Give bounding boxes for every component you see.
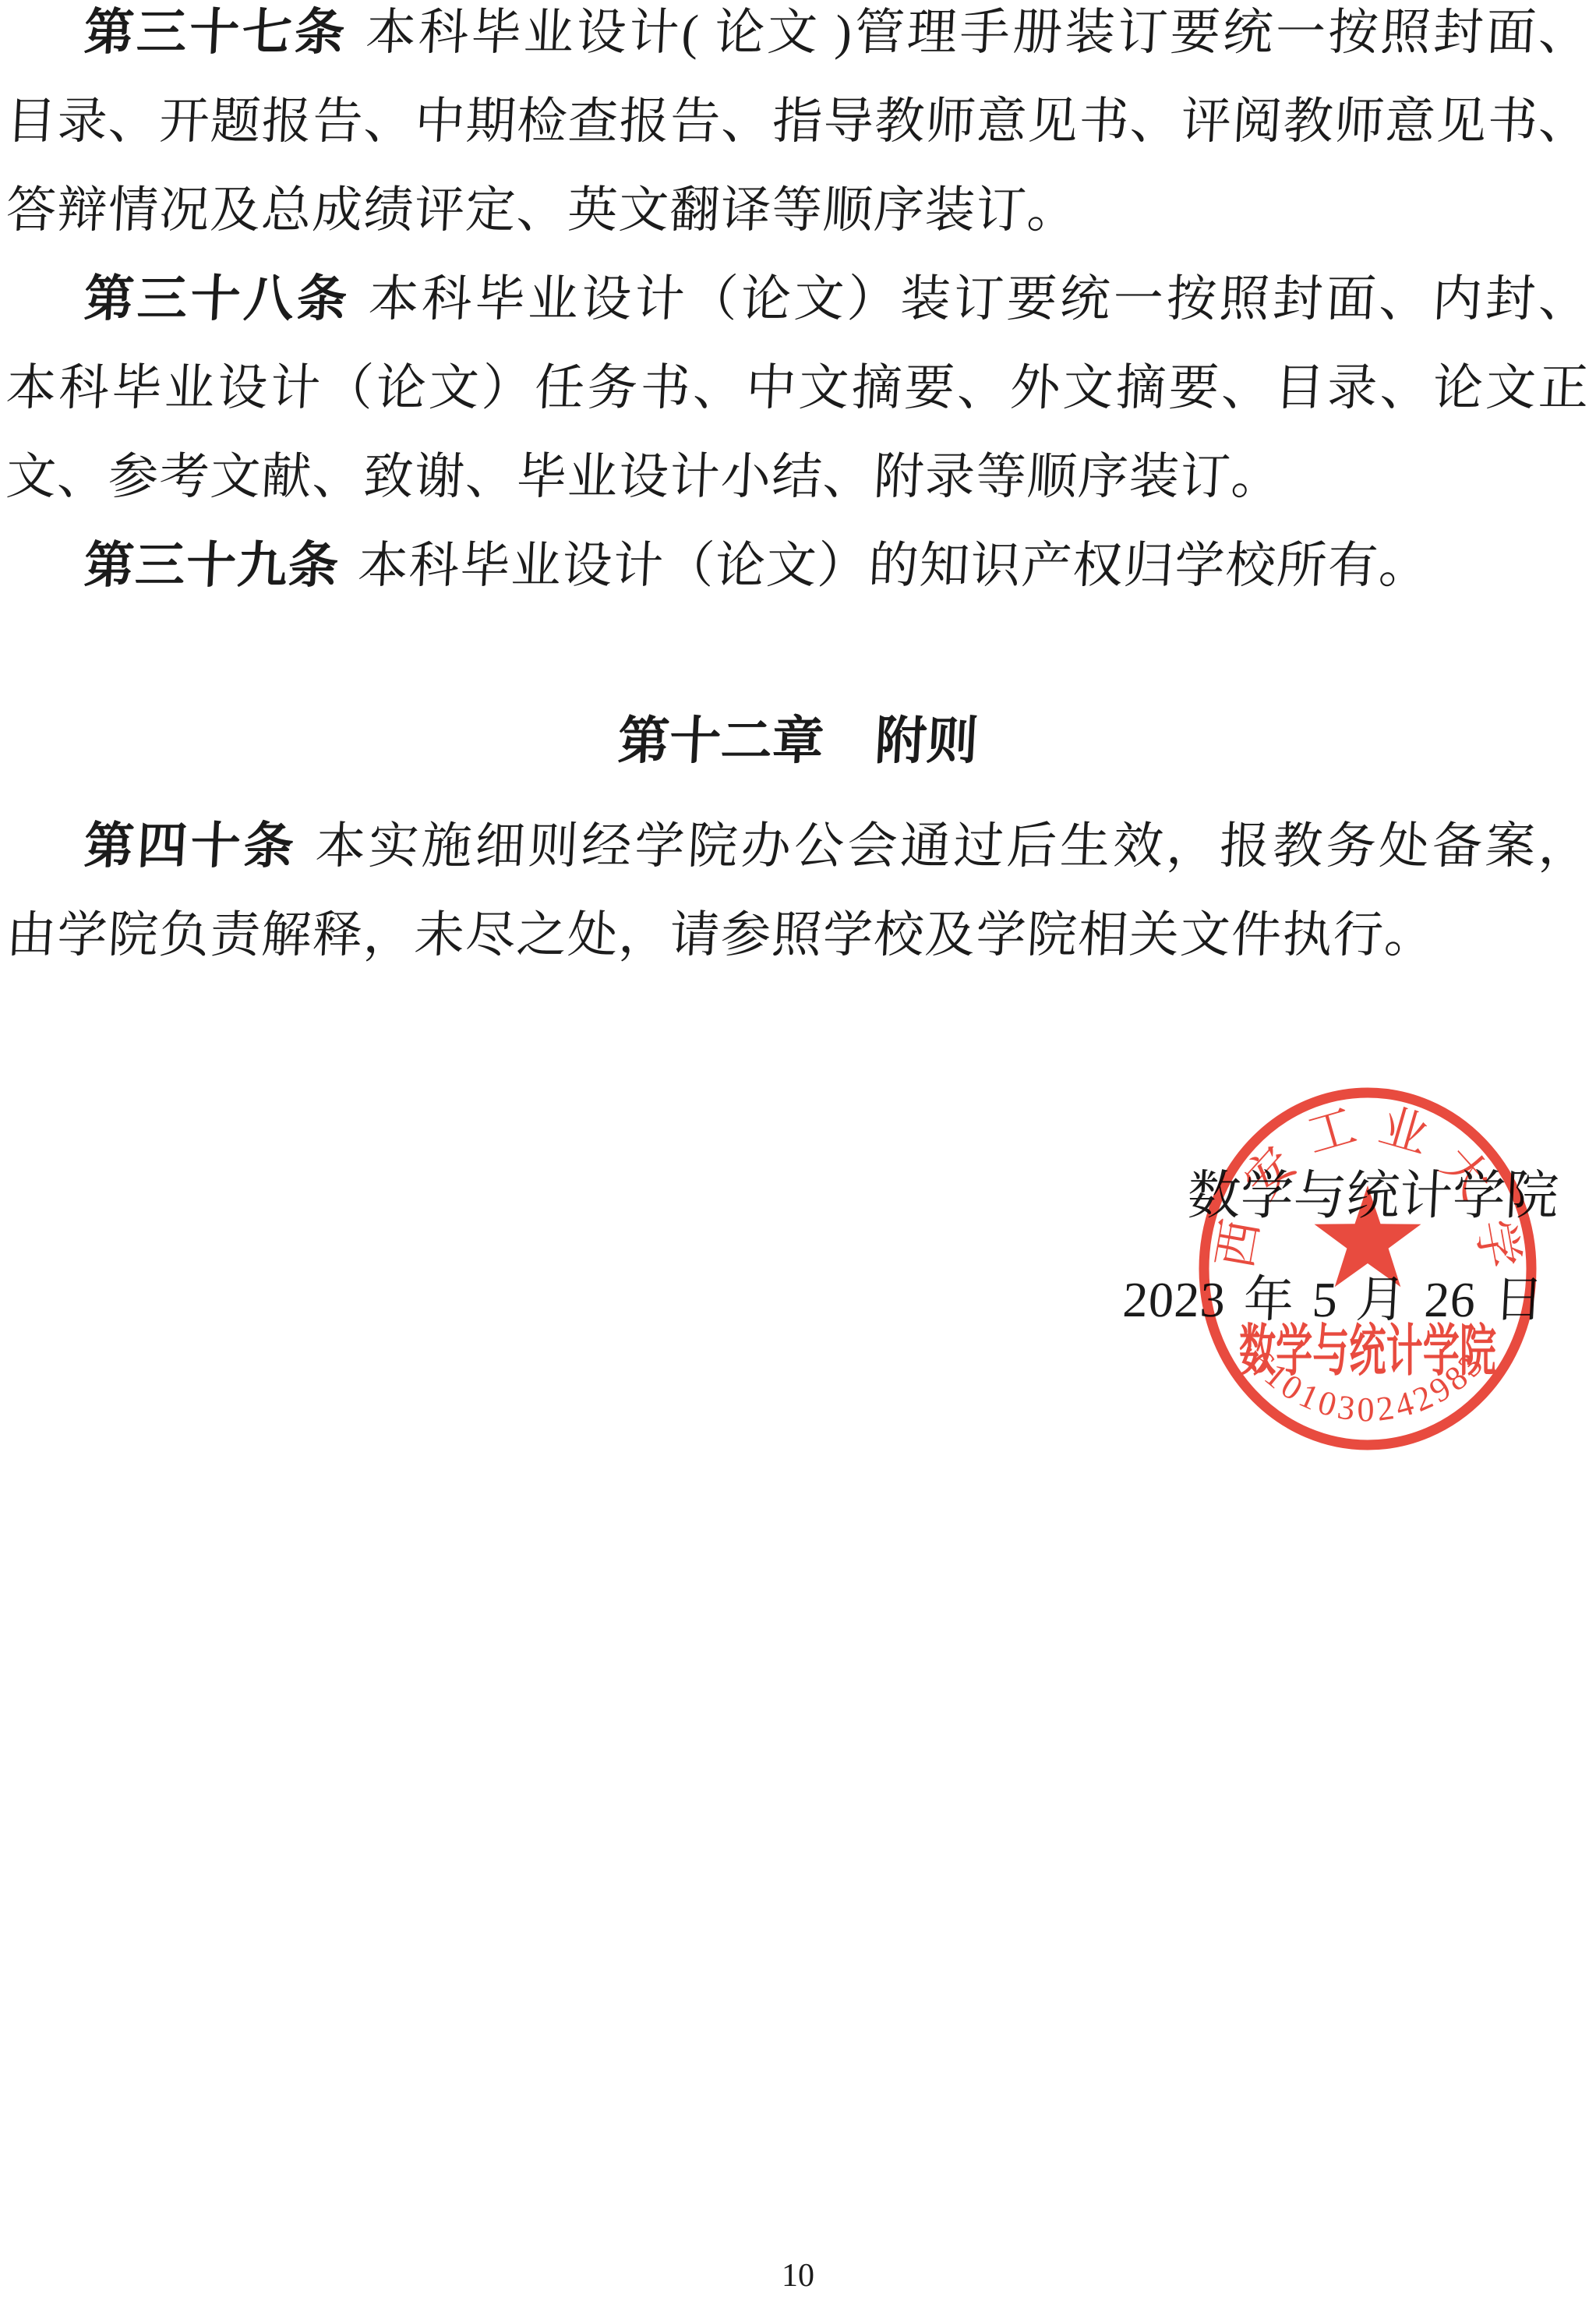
article-37-term: 第三十七条: [83, 5, 348, 60]
article-39-text: 本科毕业设计（论文）的知识产权归学校所有。: [357, 538, 1432, 593]
body-line: 第三十八条本科毕业设计（论文）装订要统一按照封面、内封、: [4, 255, 1592, 344]
article-40-text: 本实施细则经学院办公会通过后生效，报教务处备案，: [314, 818, 1591, 874]
article-38-text: 本科毕业设计（论文）任务书、中文摘要、外文摘要、目录、论文正: [5, 360, 1591, 415]
star-icon: [1315, 1185, 1421, 1287]
article-38-text: 本科毕业设计（论文）装订要统一按照封面、内封、: [367, 271, 1591, 327]
body-line: 第三十九条本科毕业设计（论文）的知识产权归学校所有。: [4, 521, 1592, 610]
chapter-heading: 第十二章 附则: [4, 698, 1592, 786]
document-page: 第三十七条本科毕业设计( 论文 )管理手册装订要统一按照封面、 目录、开题报告、…: [0, 0, 1596, 2314]
article-40-term: 第四十条: [83, 818, 298, 874]
article-39-term: 第三十九条: [83, 538, 341, 593]
body-line: 文、参考文献、致谢、毕业设计小结、附录等顺序装订。: [4, 433, 1592, 521]
article-38-term: 第三十八条: [83, 271, 351, 327]
article-37-text: 目录、开题报告、中期检查报告、指导教师意见书、评阅教师意见书、: [5, 94, 1591, 149]
official-seal: 西 安 工 业 大 学 数学与统计学院 6101030242983: [1191, 1082, 1543, 1457]
article-37-text: 本科毕业设计( 论文 )管理手册装订要统一按照封面、: [365, 5, 1591, 60]
article-37-text: 答辩情况及总成绩评定、英文翻译等顺序装订。: [5, 182, 1079, 238]
body-line: 第四十条本实施细则经学院办公会通过后生效，报教务处备案，: [4, 802, 1592, 891]
article-40-text: 由学院负责解释，未尽之处，请参照学校及学院相关文件执行。: [5, 907, 1437, 963]
article-38-text: 文、参考文献、致谢、毕业设计小结、附录等顺序装订。: [5, 449, 1284, 504]
document-body: 第三十七条本科毕业设计( 论文 )管理手册装订要统一按照封面、 目录、开题报告、…: [0, 0, 1596, 980]
body-line: 第三十七条本科毕业设计( 论文 )管理手册装订要统一按照封面、: [4, 0, 1592, 77]
body-line: 由学院负责解释，未尽之处，请参照学校及学院相关文件执行。: [4, 891, 1592, 980]
page-number: 10: [0, 2256, 1596, 2295]
body-line: 目录、开题报告、中期检查报告、指导教师意见书、评阅教师意见书、: [4, 77, 1592, 166]
body-line: 本科毕业设计（论文）任务书、中文摘要、外文摘要、目录、论文正: [4, 344, 1592, 433]
body-line: 答辩情况及总成绩评定、英文翻译等顺序装订。: [4, 166, 1592, 255]
seal-ring-char: 西: [1209, 1216, 1269, 1273]
seal-ring-char: 学: [1467, 1216, 1527, 1273]
